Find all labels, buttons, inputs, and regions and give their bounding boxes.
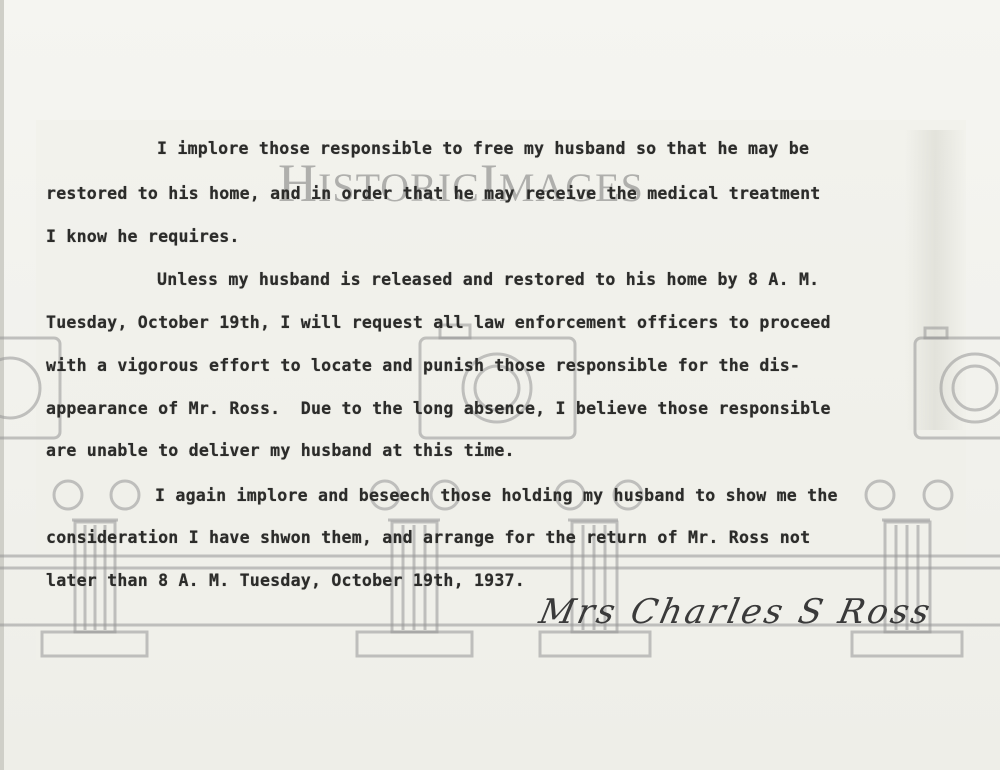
letter-line: Tuesday, October 19th, I will request al… bbox=[46, 313, 831, 332]
letter-line: Unless my husband is released and restor… bbox=[157, 270, 819, 289]
letter-line: I again implore and beseech those holdin… bbox=[155, 486, 838, 505]
letter-line: I implore those responsible to free my h… bbox=[157, 139, 809, 158]
page-edge bbox=[0, 0, 4, 770]
watermark-text: HISTORICIMAGES bbox=[278, 152, 644, 214]
letter-line: restored to his home, and in order that … bbox=[46, 184, 820, 203]
letter-line: with a vigorous effort to locate and pun… bbox=[46, 356, 800, 375]
letter-line: later than 8 A. M. Tuesday, October 19th… bbox=[46, 571, 525, 590]
letter-line: I know he requires. bbox=[46, 227, 240, 246]
signature: Mrs Charles S Ross bbox=[536, 592, 937, 632]
letter-line: are unable to deliver my husband at this… bbox=[46, 441, 515, 460]
paper-stain bbox=[905, 130, 965, 430]
letter-line: consideration I have shwon them, and arr… bbox=[46, 528, 810, 547]
letter-line: appearance of Mr. Ross. Due to the long … bbox=[46, 399, 831, 418]
document-page: HISTORICIMAGES I implore those responsib… bbox=[0, 0, 1000, 770]
